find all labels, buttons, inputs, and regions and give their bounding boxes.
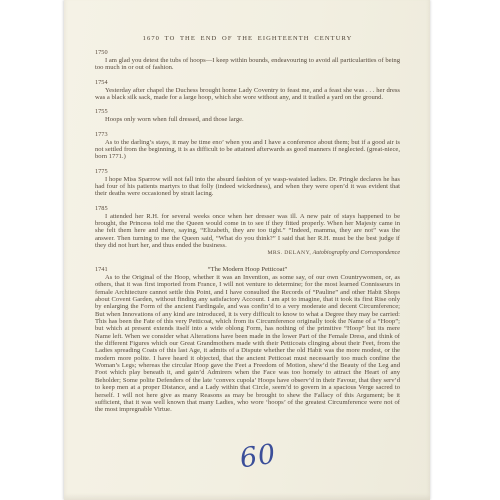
entry-year: 1785 [95, 205, 400, 212]
entry-year: 1775 [95, 168, 400, 175]
running-head: 1670 TO THE END OF THE EIGHTEENTH CENTUR… [95, 35, 400, 42]
entry-text: As to the darling’s stays, it may be tim… [95, 139, 400, 161]
handwritten-page-number: 60 [238, 440, 278, 475]
entry-1785: 1785 I attended her R.H. for several wee… [95, 205, 400, 257]
entry-text: I hope Miss Sparrow will not fall into t… [95, 176, 400, 198]
source-attribution: MRS. DELANY, Autobiography and Correspon… [95, 250, 400, 257]
attribution-author: MRS. DELANY, [267, 250, 311, 256]
screenshot-root: { "page": { "running_head": "1670 TO THE… [0, 0, 500, 500]
entry-text: I attended her R.H. for several weeks on… [95, 213, 400, 250]
page-content: 1670 TO THE END OF THE EIGHTEENTH CENTUR… [95, 35, 400, 414]
entry-1773: 1773 As to the darling’s stays, it may b… [95, 131, 400, 161]
entry-1755: 1755 Hoops only worn when full dressed, … [95, 108, 400, 123]
entry-text: Yesterday after chapel the Duchess broug… [95, 87, 400, 102]
attribution-work: Autobiography and Correspondence [311, 250, 400, 256]
essay-text: As to the Original of the Hoop, whether … [95, 274, 400, 414]
essay-title: “The Modern Hoop Petticoat” [95, 266, 400, 273]
essay-header: 1741 “The Modern Hoop Petticoat” [95, 266, 400, 274]
essay-1741: 1741 “The Modern Hoop Petticoat” As to t… [95, 266, 400, 414]
entry-1754: 1754 Yesterday after chapel the Duchess … [95, 79, 400, 102]
entry-year: 1750 [95, 49, 400, 56]
entry-text: I am glad you detest the tubs of hoops—I… [95, 57, 400, 72]
entry-1750: 1750 I am glad you detest the tubs of ho… [95, 49, 400, 72]
entry-year: 1755 [95, 108, 400, 115]
book-page-scan: 1670 TO THE END OF THE EIGHTEENTH CENTUR… [64, 0, 430, 500]
entry-1775: 1775 I hope Miss Sparrow will not fall i… [95, 168, 400, 198]
entry-year: 1754 [95, 79, 400, 86]
essay-year: 1741 [95, 266, 108, 273]
entry-text: Hoops only worn when full dressed, and t… [95, 116, 400, 123]
entry-year: 1773 [95, 131, 400, 138]
